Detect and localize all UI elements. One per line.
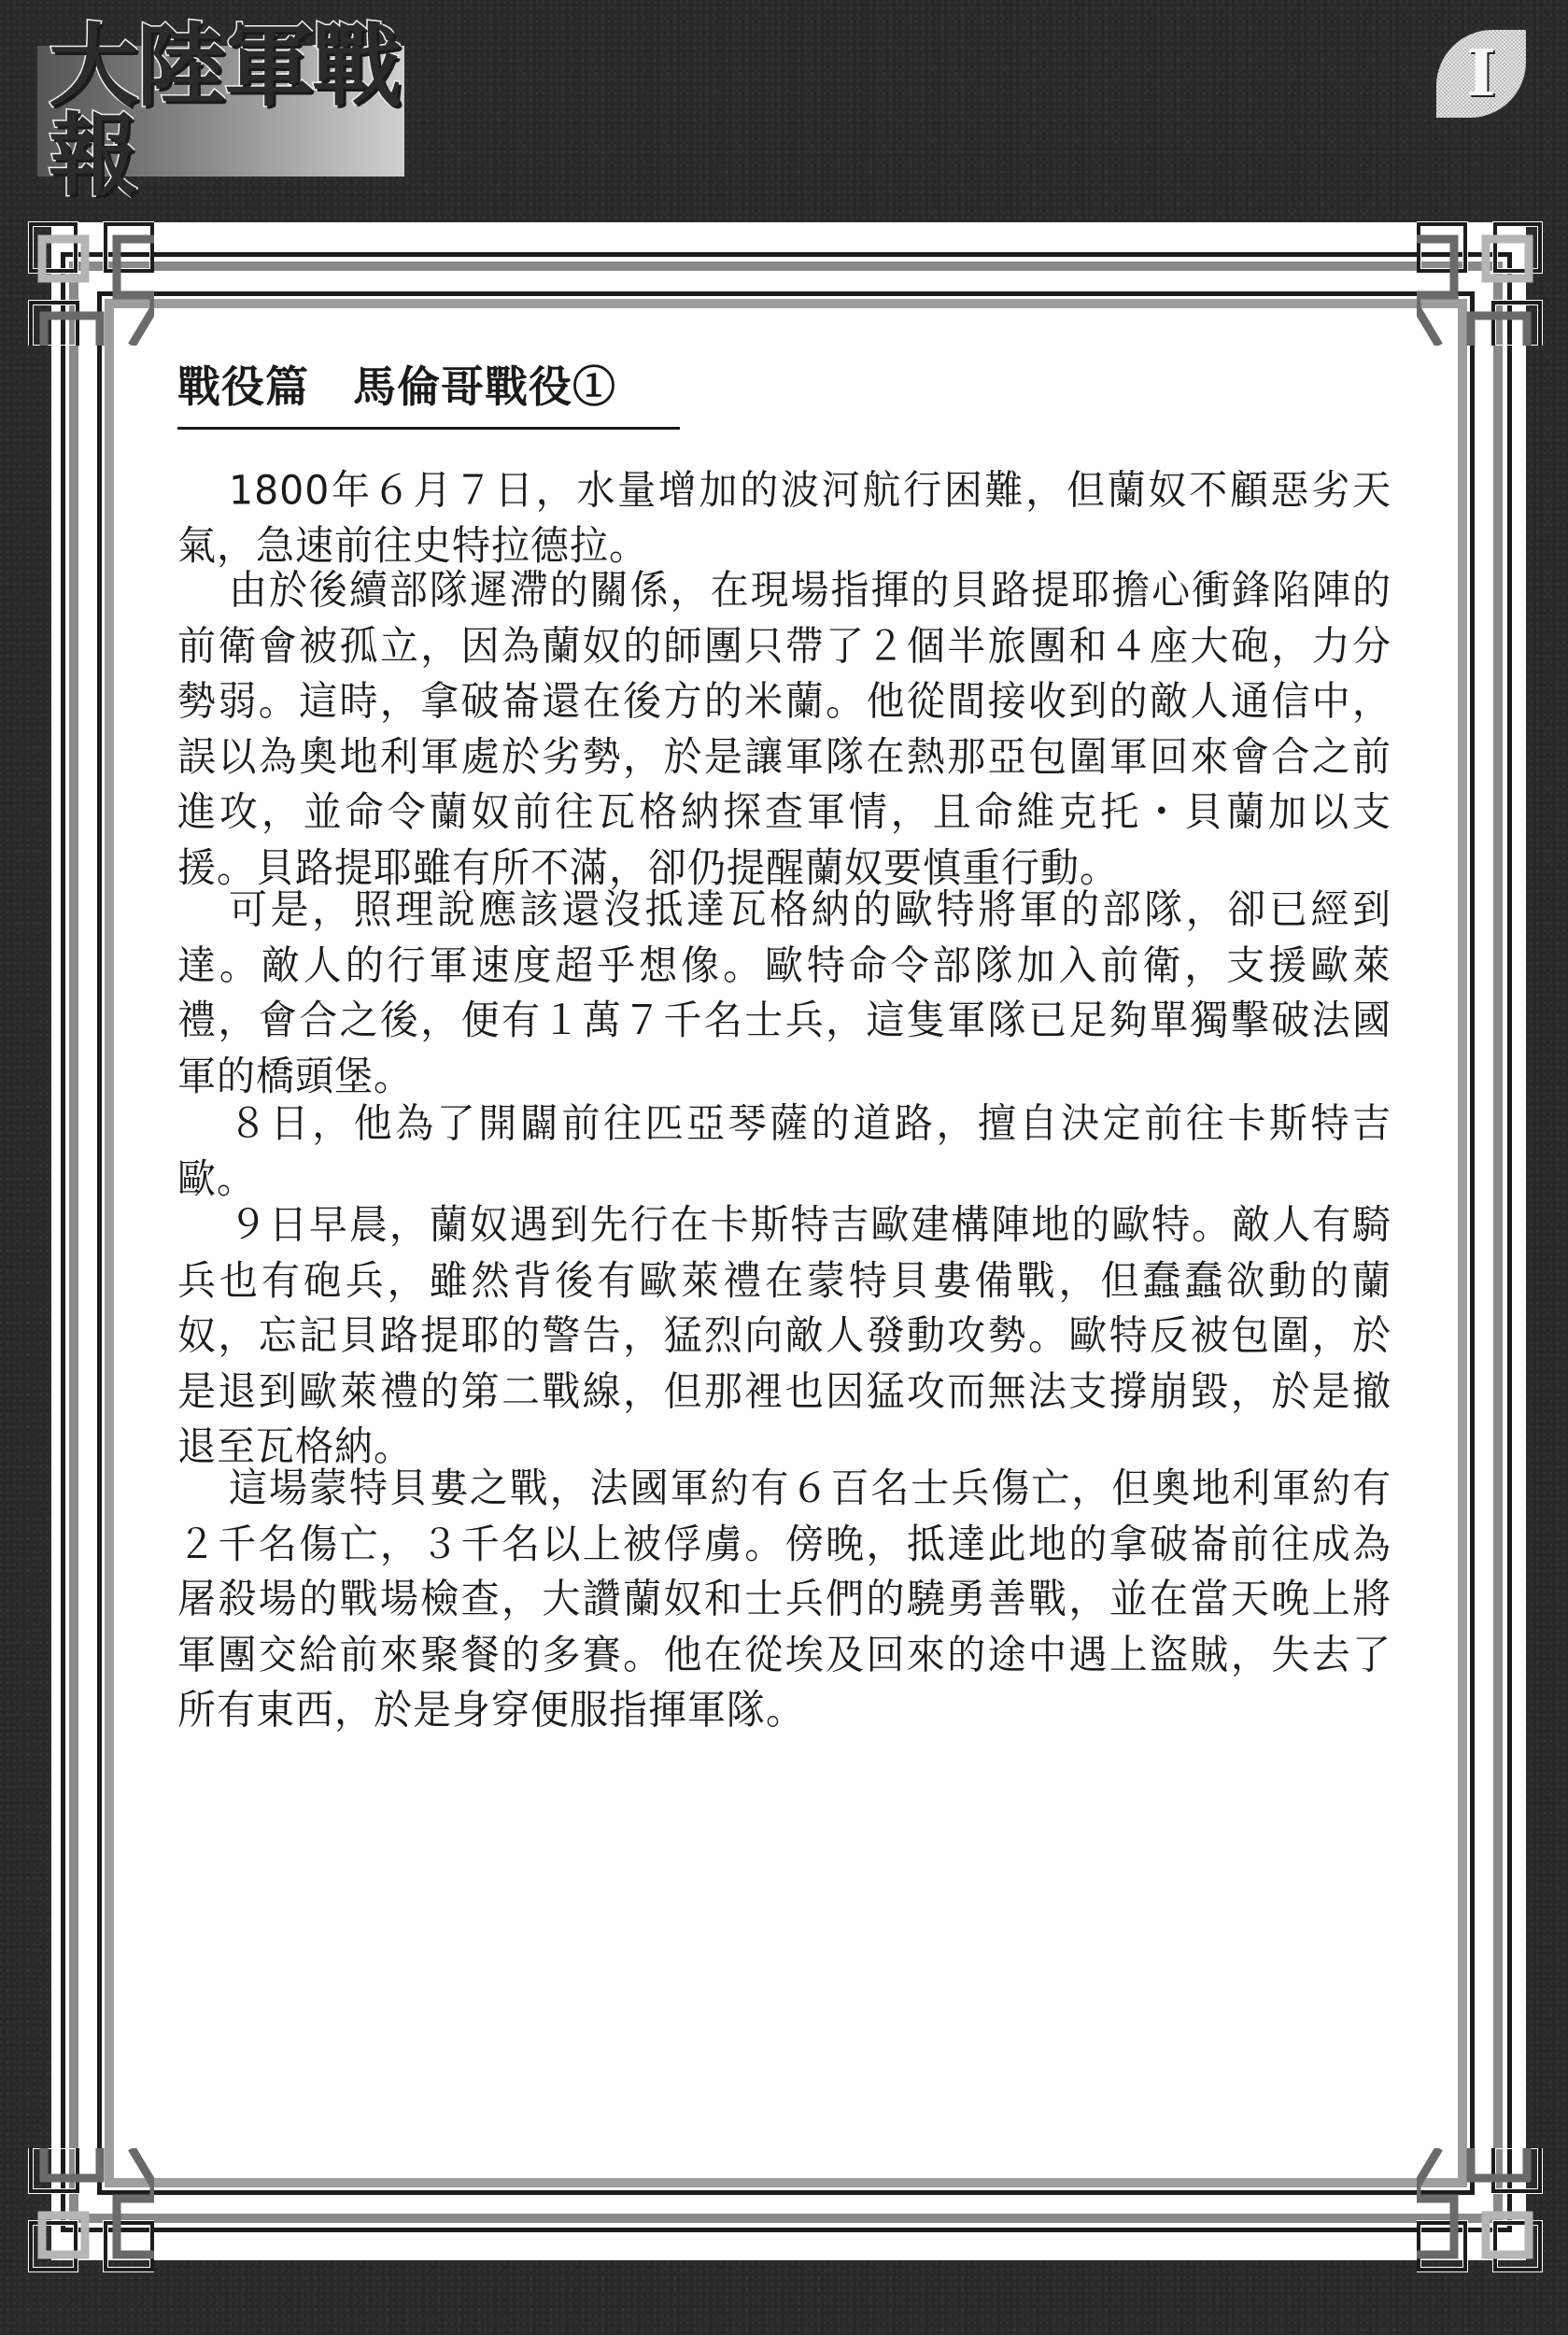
- corner-ornament-bottom-left-icon: [14, 2148, 154, 2288]
- paragraph: ９日早晨，蘭奴遇到先行在卡斯特吉歐建構陣地的歐特。敵人有騎兵也有砲兵，雖然背後有…: [177, 1197, 1391, 1475]
- section-title: 戰役篇 馬倫哥戰役①: [177, 360, 1391, 416]
- title-underline: [177, 427, 680, 430]
- chapter-badge: I: [1436, 30, 1526, 118]
- banner-title: 大陸軍戰報: [49, 21, 404, 201]
- paragraph: 可是，照理說應該還沒抵達瓦格納的歐特將軍的部隊，卻已經到達。敵人的行軍速度超乎想…: [177, 882, 1391, 1103]
- paragraph: 這場蒙特貝婁之戰，法國軍約有６百名士兵傷亡，但奧地利軍約有２千名傷亡，３千名以上…: [177, 1461, 1391, 1738]
- corner-ornament-bottom-right-icon: [1417, 2148, 1557, 2288]
- article-body: 1800年６月７日，水量增加的波河航行困難，但蘭奴不顧惡劣天氣，急速前往史特拉德…: [177, 465, 1391, 1732]
- header-banner: 大陸軍戰報: [37, 46, 404, 177]
- paragraph: 由於後續部隊遲滯的關係，在現場指揮的貝路提耶擔心衝鋒陷陣的前衛會被孤立，因為蘭奴…: [177, 562, 1391, 895]
- paragraph: 1800年６月７日，水量增加的波河航行困難，但蘭奴不顧惡劣天氣，急速前往史特拉德…: [177, 462, 1391, 573]
- corner-ornament-top-right-icon: [1417, 205, 1557, 346]
- chapter-numeral: I: [1466, 36, 1496, 111]
- article: 戰役篇 馬倫哥戰役① 1800年６月７日，水量增加的波河航行困難，但蘭奴不顧惡劣…: [177, 360, 1391, 1732]
- corner-ornament-top-left-icon: [14, 205, 154, 346]
- paragraph: ８日，他為了開闢前往匹亞琴薩的道路，擅自決定前往卡斯特吉歐。: [177, 1096, 1391, 1207]
